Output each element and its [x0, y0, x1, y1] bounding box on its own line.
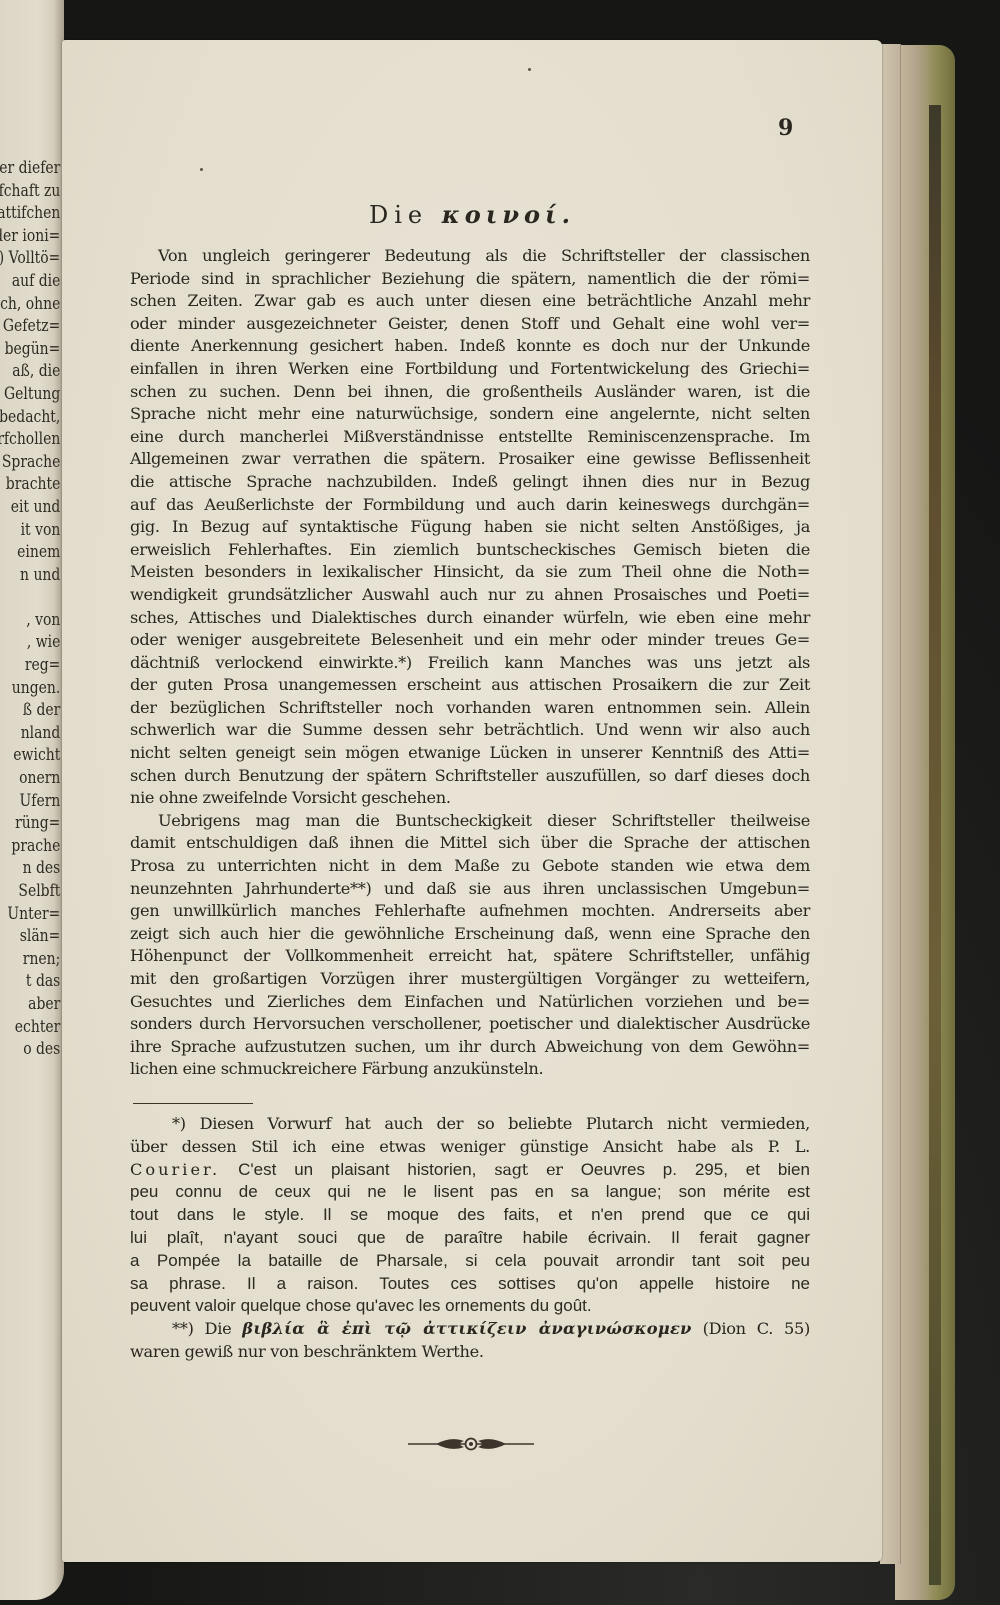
- text-line: mit den großartigen Vorzügen ihrer muste…: [130, 968, 810, 991]
- page-stack-edge: [880, 44, 901, 1564]
- text-line: Von ungleich geringerer Bedeutung als di…: [130, 245, 810, 268]
- text-line: neunzehnten Jahrhunderte**) und daß sie …: [130, 878, 810, 901]
- footnote-text: Die: [205, 1319, 232, 1338]
- main-text: Von ungleich geringerer Bedeutung als di…: [130, 245, 810, 1081]
- text-line: lichen eine schmuckreichere Färbung anzu…: [130, 1058, 810, 1081]
- facing-page-fragment: ewicht: [0, 744, 60, 767]
- facing-page-fragment: Ufern: [0, 790, 60, 813]
- facing-page-fragment: ) Volltö=: [0, 247, 60, 270]
- facing-page-fragment: rnen;: [0, 948, 60, 971]
- french-quote: Oeuvres p. 295, et bien: [581, 1160, 810, 1179]
- french-quote-line: peuvent valoir quelque chose qu'avec les…: [130, 1295, 810, 1318]
- facing-page-fragment: ber diefer: [0, 157, 60, 180]
- facing-page-fragment: onern: [0, 767, 60, 790]
- footnotes: *) Diesen Vorwurf hat auch der so belieb…: [130, 1113, 810, 1364]
- text-line: sches, Attisches und Dialektisches durch…: [130, 607, 810, 630]
- facing-page-fragment: der ioni=: [0, 225, 60, 248]
- paper-speck: [200, 168, 203, 171]
- facing-page-fragment: aber: [0, 993, 60, 1016]
- facing-page-fragment: aß, die: [0, 360, 60, 383]
- french-quote-line: a Pompée la bataille de Pharsale, si cel…: [130, 1250, 810, 1273]
- text-line: diente Anerkennung gesichert haben. Inde…: [130, 335, 810, 358]
- facing-page-fragment: attifchen: [0, 202, 60, 225]
- book-spine-strip: [929, 105, 941, 1585]
- tailpiece-ornament-icon: [406, 1433, 536, 1453]
- text-line: ihre Sprache aufzustutzen suchen, um ihr…: [130, 1036, 810, 1059]
- text-line: schwerlich war die Summe dessen sehr bet…: [130, 719, 810, 742]
- facing-page-fragment: t das: [0, 970, 60, 993]
- facing-page-fragment: Unter=: [0, 903, 60, 926]
- facing-page-fragment: einem: [0, 541, 60, 564]
- facing-page-fragment: nland: [0, 722, 60, 745]
- footnote-2-line: **) Die βιβλία ἃ ἐπὶ τῷ ἀττικίζειν ἀναγι…: [130, 1318, 810, 1341]
- book-cover-edge: [895, 45, 955, 1600]
- facing-page-fragment: ungen.: [0, 677, 60, 700]
- facing-page-fragment: slän=: [0, 925, 60, 948]
- text-line: erweislich Fehlerhaftes. Ein ziemlich bu…: [130, 539, 810, 562]
- footnote-1-line: *) Diesen Vorwurf hat auch der so belieb…: [130, 1113, 810, 1136]
- french-quote-line: peu connu de ceux qui ne le lisent pas e…: [130, 1181, 810, 1204]
- text-line: dächtniß verlockend einwirkte.*) Freilic…: [130, 652, 810, 675]
- heading-greek: κοινοί.: [442, 200, 575, 229]
- footnote-1-line: Courier. C'est un plaisant historien, sa…: [130, 1159, 810, 1182]
- facing-page-fragment: rfchaft zu: [0, 180, 60, 203]
- text-line: Uebrigens mag man die Buntscheckigkeit d…: [130, 810, 810, 833]
- text-line: sonders durch Hervorsuchen verschollener…: [130, 1013, 810, 1036]
- text-line: gig. In Bezug auf syntaktische Fügung ha…: [130, 516, 810, 539]
- text-line: Höhenpunct der Vollkommenheit erreicht h…: [130, 945, 810, 968]
- text-line: damit entschuldigen daß ihnen die Mittel…: [130, 832, 810, 855]
- footnote-marker: **): [172, 1319, 194, 1338]
- french-quote-line: lui plaît, n'ayant souci que de paraître…: [130, 1227, 810, 1250]
- facing-page-fragment: rüng=: [0, 812, 60, 835]
- facing-page-fragment: , von: [0, 609, 60, 632]
- paper-speck: [528, 68, 531, 71]
- text-line: schen Zeiten. Zwar gab es auch unter die…: [130, 290, 810, 313]
- french-quote-line: tout dans le style. Il se moque des fait…: [130, 1204, 810, 1227]
- facing-page-fragment: Selbft: [0, 880, 60, 903]
- facing-page-fragment: : Gefetz=: [0, 315, 60, 338]
- facing-page-fragment: n des: [0, 857, 60, 880]
- facing-page-fragment: ich, ohne: [0, 293, 60, 316]
- text-line: wendigkeit grundsätzlicher Auswahl auch …: [130, 584, 810, 607]
- text-line: Prosa zu unterrichten nicht in dem Maße …: [130, 855, 810, 878]
- facing-page-fragment: Sprache: [0, 451, 60, 474]
- text-line: Periode sind in sprachlicher Beziehung d…: [130, 268, 810, 291]
- page-number: 9: [778, 115, 793, 141]
- text-line: einfallen in ihren Werken eine Fortbildu…: [130, 358, 810, 381]
- text-line: zeigt sich auch hier die gewöhnliche Ers…: [130, 923, 810, 946]
- facing-page-fragment: ) begün=: [0, 338, 60, 361]
- text-line: der guten Prosa unangemessen erscheint a…: [130, 674, 810, 697]
- text-line: nicht selten geneigt sein mögen etwanige…: [130, 742, 810, 765]
- text-line: Meisten besonders in lexikalischer Hinsi…: [130, 561, 810, 584]
- greek-quote: βιβλία ἃ ἐπὶ τῷ ἀττικίζειν ἀναγινώσκομεν: [242, 1319, 691, 1338]
- facing-page-fragment: , wie: [0, 631, 60, 654]
- french-quote-line: sa phrase. Il a raison. Toutes ces sotti…: [130, 1273, 810, 1296]
- footnote-divider: [133, 1103, 253, 1104]
- text-line: der bezüglichen Schriftsteller noch vorh…: [130, 697, 810, 720]
- book-page: 9 Die κοινοί. Von ungleich geringerer Be…: [62, 40, 882, 1562]
- footnote-text: Diesen Vorwurf hat auch der so beliebte …: [200, 1114, 810, 1133]
- facing-page-fragment: bedacht,: [0, 406, 60, 429]
- text-line: auf das Aeußerlichste der Formbildung un…: [130, 494, 810, 517]
- heading-german: Die: [369, 201, 428, 229]
- facing-page-fragment: [0, 586, 60, 609]
- footnote-1-line: über dessen Stil ich eine etwas weniger …: [130, 1136, 810, 1159]
- section-heading: Die κοινοί.: [62, 200, 882, 229]
- text-line: nie ohne zweifelnde Vorsicht geschehen.: [130, 787, 810, 810]
- text-line: schen durch Benutzung der spätern Schrif…: [130, 765, 810, 788]
- facing-page-fragment: o des: [0, 1038, 60, 1061]
- text-line: schen zu suchen. Denn bei ihnen, die gro…: [130, 381, 810, 404]
- text-line: Gesuchtes und Zierliches dem Einfachen u…: [130, 991, 810, 1014]
- text-line: Allgemeinen zwar verrathen die spätern. …: [130, 448, 810, 471]
- french-quote: C'est un plaisant historien,: [238, 1160, 476, 1179]
- facing-page-fragment: auf die: [0, 270, 60, 293]
- facing-page-fragment: rfchollen: [0, 428, 60, 451]
- facing-page-fragment: reg=: [0, 654, 60, 677]
- text-line: oder weniger ausgebreitete Belesenheit u…: [130, 629, 810, 652]
- author-name: Courier.: [130, 1160, 220, 1179]
- facing-page-fragment: ß der: [0, 699, 60, 722]
- footnote-text: sagt er: [494, 1160, 562, 1179]
- facing-page: ber dieferrfchaft zuattifchender ioni=) …: [0, 0, 64, 1600]
- facing-page-fragment: it von: [0, 519, 60, 542]
- text-line: gen unwillkürlich manches Fehlerhafte au…: [130, 900, 810, 923]
- footnote-marker: *): [172, 1114, 186, 1133]
- text-line: eine durch mancherlei Mißverständnisse e…: [130, 426, 810, 449]
- facing-page-fragment: eit und: [0, 496, 60, 519]
- facing-page-fragment: Geltung: [0, 383, 60, 406]
- facing-page-fragment: prache: [0, 835, 60, 858]
- facing-page-fragment: brachte: [0, 473, 60, 496]
- citation: (Dion C. 55): [703, 1319, 810, 1338]
- facing-page-text: ber dieferrfchaft zuattifchender ioni=) …: [0, 157, 60, 1061]
- facing-page-fragment: n und: [0, 564, 60, 587]
- facing-page-fragment: echter: [0, 1016, 60, 1039]
- french-quote-block: peu connu de ceux qui ne le lisent pas e…: [130, 1181, 810, 1318]
- text-line: oder minder ausgezeichneter Geister, den…: [130, 313, 810, 336]
- footnote-2-line: waren gewiß nur von beschränktem Werthe.: [130, 1341, 810, 1364]
- text-line: die attische Sprache nachzubilden. Indeß…: [130, 471, 810, 494]
- text-line: Sprache nicht mehr eine naturwüchsige, s…: [130, 403, 810, 426]
